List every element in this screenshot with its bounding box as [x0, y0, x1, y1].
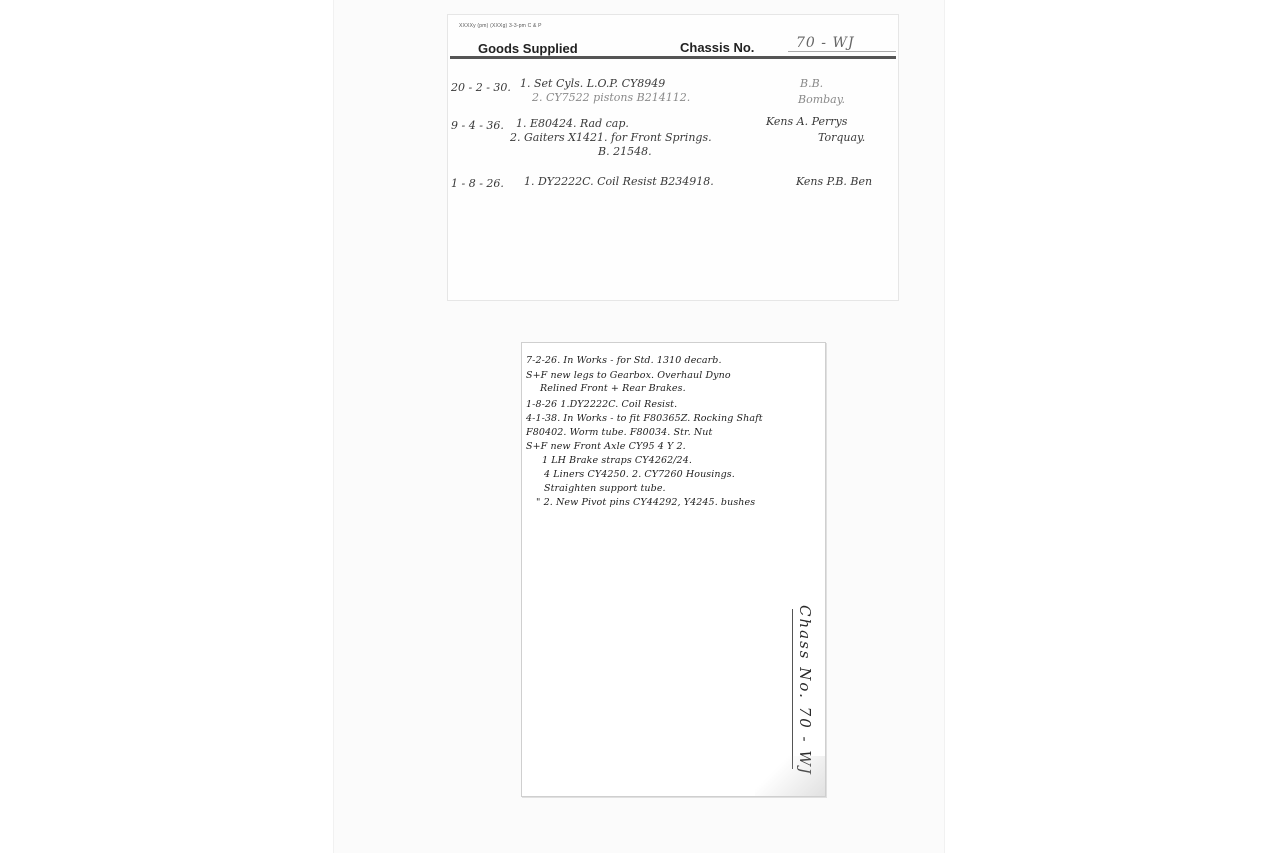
header-divider	[450, 56, 896, 59]
printer-code: XXXXy (pm) (XXXg) 3-3-pm C & P	[459, 23, 542, 29]
service-note-line: 1 LH Brake straps CY4262/24.	[542, 455, 692, 466]
entry-date: 9 - 4 - 36.	[451, 119, 504, 132]
service-note-line: S+F new Front Axle CY95 4 Y 2.	[526, 441, 686, 452]
service-note-line: 7-2-26. In Works - for Std. 1310 decarb.	[526, 355, 722, 366]
entry-line: 1. Set Cyls. L.O.P. CY8949	[520, 77, 665, 90]
service-note-line: S+F new legs to Gearbox. Overhaul Dyno	[526, 370, 731, 381]
service-note-line: 4-1-38. In Works - to fit F80365Z. Rocki…	[526, 413, 763, 424]
chassis-label: Chassis No.	[680, 40, 754, 55]
vertical-chassis-text: Chass No. 70 - WJ	[796, 605, 814, 776]
handwritten-service-card: 7-2-26. In Works - for Std. 1310 decarb.…	[521, 342, 826, 797]
entry-line: 1. DY2222C. Coil Resist B234918.	[524, 175, 714, 188]
goods-supplied-card: XXXXy (pm) (XXXg) 3-3-pm C & P Goods Sup…	[447, 14, 899, 301]
chassis-number-value: 70 - WJ	[788, 35, 896, 52]
service-note-line: Straighten support tube.	[544, 483, 666, 494]
service-note-line: " 2. New Pivot pins CY44292, Y4245. bush…	[536, 497, 755, 508]
entry-customer: Torquay.	[818, 131, 865, 144]
entry-line: B. 21548.	[598, 145, 652, 158]
entry-line: 1. E80424. Rad cap.	[516, 117, 629, 130]
vertical-chassis-note: Chass No. 70 - WJ	[790, 605, 816, 771]
entry-line: 2. Gaiters X1421. for Front Springs.	[510, 131, 712, 144]
vertical-underline	[792, 609, 793, 769]
entry-customer: Kens A. Perrys	[766, 115, 847, 128]
entry-customer: B.B.	[800, 77, 823, 90]
photo-shadow	[755, 756, 825, 796]
entry-line: 2. CY7522 pistons B214112.	[532, 91, 690, 104]
service-note-line: Relined Front + Rear Brakes.	[540, 383, 686, 394]
service-note-line: 4 Liners CY4250. 2. CY7260 Housings.	[544, 469, 735, 480]
service-note-line: F80402. Worm tube. F80034. Str. Nut	[526, 427, 712, 438]
entry-customer: Bombay.	[798, 93, 845, 106]
entry-customer: Kens P.B. Ben	[796, 175, 872, 188]
service-note-line: 1-8-26 1.DY2222C. Coil Resist.	[526, 399, 677, 410]
entry-date: 1 - 8 - 26.	[451, 177, 504, 190]
goods-supplied-heading: Goods Supplied	[478, 41, 578, 56]
entry-date: 20 - 2 - 30.	[451, 81, 511, 94]
